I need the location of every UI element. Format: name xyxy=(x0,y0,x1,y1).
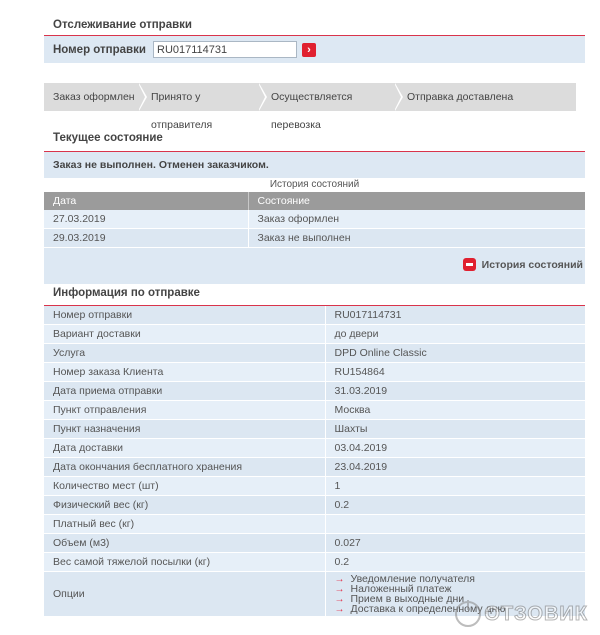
step-in-transit: Осуществляется перевозка xyxy=(259,83,395,111)
info-value: 0.2 xyxy=(325,496,585,515)
tracking-row: Номер отправки › xyxy=(44,36,585,63)
info-label: Дата приема отправки xyxy=(44,382,325,401)
current-state-section: Текущее состояние Заказ не выполнен. Отм… xyxy=(44,128,585,284)
step-label: Принято у отправителя xyxy=(151,91,212,131)
info-value: 0.027 xyxy=(325,534,585,553)
info-label: Номер отправки xyxy=(44,306,325,325)
tracking-number-input[interactable] xyxy=(153,41,297,58)
history-toggle-button[interactable]: История состояний xyxy=(463,258,583,271)
arrow-right-icon: → xyxy=(335,605,351,615)
info-value: Шахты xyxy=(325,420,585,439)
info-value: до двери xyxy=(325,325,585,344)
info-row: Номер отправкиRU017114731 xyxy=(44,306,585,325)
info-label: Услуга xyxy=(44,344,325,363)
history-caption: История состояний xyxy=(44,178,585,192)
current-status: Заказ не выполнен. Отменен заказчиком. xyxy=(44,152,585,178)
step-order-created: Заказ оформлен xyxy=(44,83,139,111)
history-footer: История состояний xyxy=(44,248,585,284)
info-label: Платный вес (кг) xyxy=(44,515,325,534)
tracking-title: Отслеживание отправки xyxy=(44,15,585,35)
info-label: Физический вес (кг) xyxy=(44,496,325,515)
info-row: Дата доставки03.04.2019 xyxy=(44,439,585,458)
info-label: Пункт назначения xyxy=(44,420,325,439)
info-label: Опции xyxy=(44,572,325,617)
info-value: 03.04.2019 xyxy=(325,439,585,458)
track-submit-button[interactable]: › xyxy=(302,43,316,57)
step-label: Осуществляется перевозка xyxy=(271,91,352,131)
info-row: Физический вес (кг)0.2 xyxy=(44,496,585,515)
step-accepted: Принято у отправителя xyxy=(139,83,259,111)
current-state-title: Текущее состояние xyxy=(44,128,585,148)
info-value: 23.04.2019 xyxy=(325,458,585,477)
info-value: 31.03.2019 xyxy=(325,382,585,401)
history-table: Дата Состояние 27.03.2019 Заказ оформлен… xyxy=(44,192,585,248)
history-date: 27.03.2019 xyxy=(44,210,248,229)
info-label: Пункт отправления xyxy=(44,401,325,420)
info-label: Вариант доставки xyxy=(44,325,325,344)
shipment-info-table: Номер отправкиRU017114731Вариант доставк… xyxy=(44,306,585,617)
info-row: Пункт отправленияМосква xyxy=(44,401,585,420)
info-label: Количество мест (шт) xyxy=(44,477,325,496)
history-row: 29.03.2019 Заказ не выполнен xyxy=(44,229,585,248)
step-separator-inner xyxy=(138,83,145,111)
info-label: Вес самой тяжелой посылки (кг) xyxy=(44,553,325,572)
minus-icon xyxy=(463,258,476,271)
tracking-number-label: Номер отправки xyxy=(53,44,153,56)
info-row: Номер заказа КлиентаRU154864 xyxy=(44,363,585,382)
chevron-right-icon: › xyxy=(307,44,311,56)
history-row: 27.03.2019 Заказ оформлен xyxy=(44,210,585,229)
shipment-info-title: Информация по отправке xyxy=(44,283,585,303)
info-row: Платный вес (кг) xyxy=(44,515,585,534)
info-value: RU154864 xyxy=(325,363,585,382)
info-label: Дата доставки xyxy=(44,439,325,458)
info-row: Вес самой тяжелой посылки (кг)0.2 xyxy=(44,553,585,572)
history-state: Заказ оформлен xyxy=(248,210,585,229)
info-label: Объем (м3) xyxy=(44,534,325,553)
info-value: 1 xyxy=(325,477,585,496)
info-row: Объем (м3)0.027 xyxy=(44,534,585,553)
history-col-state: Состояние xyxy=(248,192,585,210)
info-value: 0.2 xyxy=(325,553,585,572)
step-label: Отправка доставлена xyxy=(407,91,513,103)
tracking-section: Отслеживание отправки Номер отправки › xyxy=(44,15,585,63)
info-value: DPD Online Classic xyxy=(325,344,585,363)
info-row: Дата приема отправки31.03.2019 xyxy=(44,382,585,401)
info-row: Пункт назначенияШахты xyxy=(44,420,585,439)
info-value xyxy=(325,515,585,534)
info-row: Вариант доставкидо двери xyxy=(44,325,585,344)
history-header-row: Дата Состояние xyxy=(44,192,585,210)
info-row: УслугаDPD Online Classic xyxy=(44,344,585,363)
power-icon xyxy=(455,601,481,627)
progress-steps: Заказ оформлен Принято у отправителя Осу… xyxy=(44,83,576,111)
info-value: Москва xyxy=(325,401,585,420)
watermark: ОТЗОВИК xyxy=(455,601,588,627)
history-col-date: Дата xyxy=(44,192,248,210)
history-toggle-label: История состояний xyxy=(482,259,583,271)
step-separator-inner xyxy=(258,83,265,111)
step-label: Заказ оформлен xyxy=(53,91,135,103)
watermark-text: ОТЗОВИК xyxy=(484,603,588,626)
history-date: 29.03.2019 xyxy=(44,229,248,248)
info-row: Дата окончания бесплатного хранения23.04… xyxy=(44,458,585,477)
info-value: RU017114731 xyxy=(325,306,585,325)
info-row: Количество мест (шт)1 xyxy=(44,477,585,496)
shipment-info-section: Информация по отправке Номер отправкиRU0… xyxy=(44,283,585,617)
step-delivered: Отправка доставлена xyxy=(395,83,576,111)
history-state: Заказ не выполнен xyxy=(248,229,585,248)
step-separator-inner xyxy=(394,83,401,111)
info-label: Дата окончания бесплатного хранения xyxy=(44,458,325,477)
info-label: Номер заказа Клиента xyxy=(44,363,325,382)
